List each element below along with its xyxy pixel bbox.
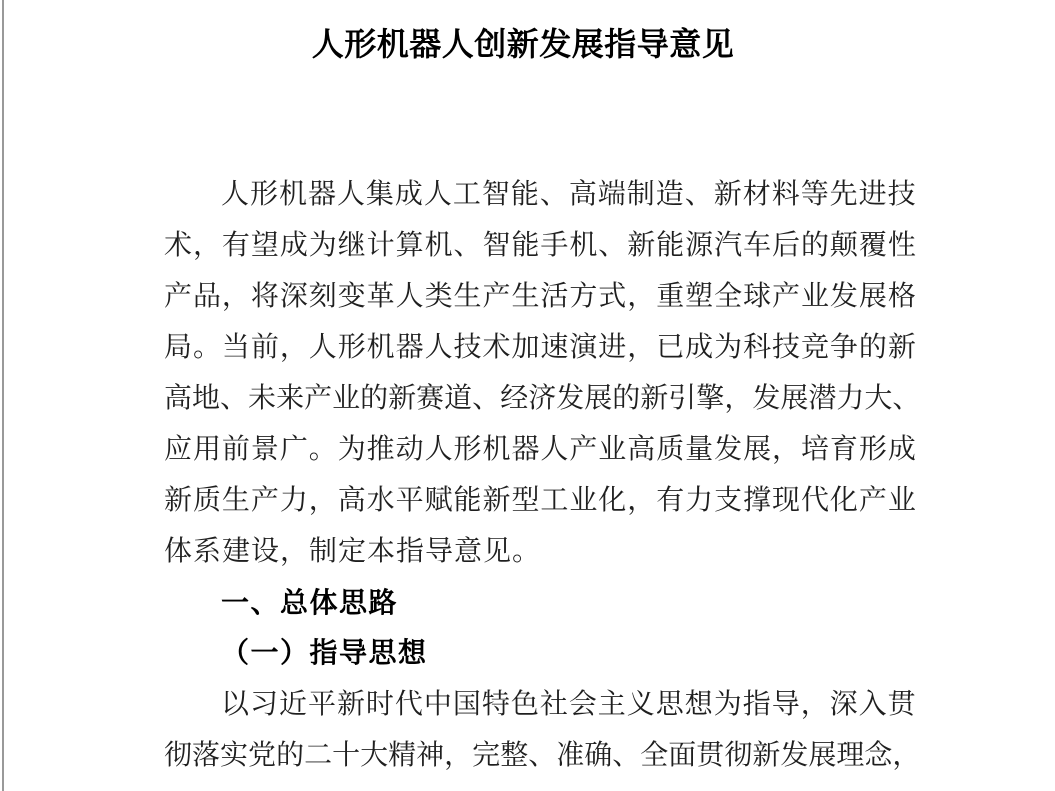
title-spacer [164, 64, 916, 169]
text-line: 体系建设，制定本指导意见。 [164, 526, 916, 577]
paragraph: 以习近平新时代中国特色社会主义思想为指导，深入贯彻落实党的二十大精神，完整、准确… [164, 679, 916, 781]
text-line: 高地、未来产业的新赛道、经济发展的新引擎，发展潜力大、 [164, 373, 916, 424]
document-body: 人形机器人集成人工智能、高端制造、新材料等先进技术，有望成为继计算机、智能手机、… [164, 169, 916, 781]
text-line: 新质生产力，高水平赋能新型工业化，有力支撑现代化产业 [164, 475, 916, 526]
subsection-heading: （一）指导思想 [164, 628, 916, 679]
document-content: 人形机器人创新发展指导意见 人形机器人集成人工智能、高端制造、新材料等先进技术，… [164, 0, 916, 781]
section-heading: 一、总体思路 [164, 577, 916, 628]
text-line: 产品，将深刻变革人类生产生活方式，重塑全球产业发展格 [164, 271, 916, 322]
text-line: 以习近平新时代中国特色社会主义思想为指导，深入贯 [164, 679, 916, 730]
text-line: 术，有望成为继计算机、智能手机、新能源汽车后的颠覆性 [164, 220, 916, 271]
document-page: 人形机器人创新发展指导意见 人形机器人集成人工智能、高端制造、新材料等先进技术，… [0, 0, 1055, 791]
paragraph: 人形机器人集成人工智能、高端制造、新材料等先进技术，有望成为继计算机、智能手机、… [164, 169, 916, 577]
document-title: 人形机器人创新发展指导意见 [147, 24, 899, 64]
text-line: 局。当前，人形机器人技术加速演进，已成为科技竞争的新 [164, 322, 916, 373]
text-line: 应用前景广。为推动人形机器人产业高质量发展，培育形成 [164, 424, 916, 475]
text-line: 彻落实党的二十大精神，完整、准确、全面贯彻新发展理念， [164, 730, 916, 781]
page-left-border [2, 0, 4, 791]
text-line: 人形机器人集成人工智能、高端制造、新材料等先进技 [164, 169, 916, 220]
